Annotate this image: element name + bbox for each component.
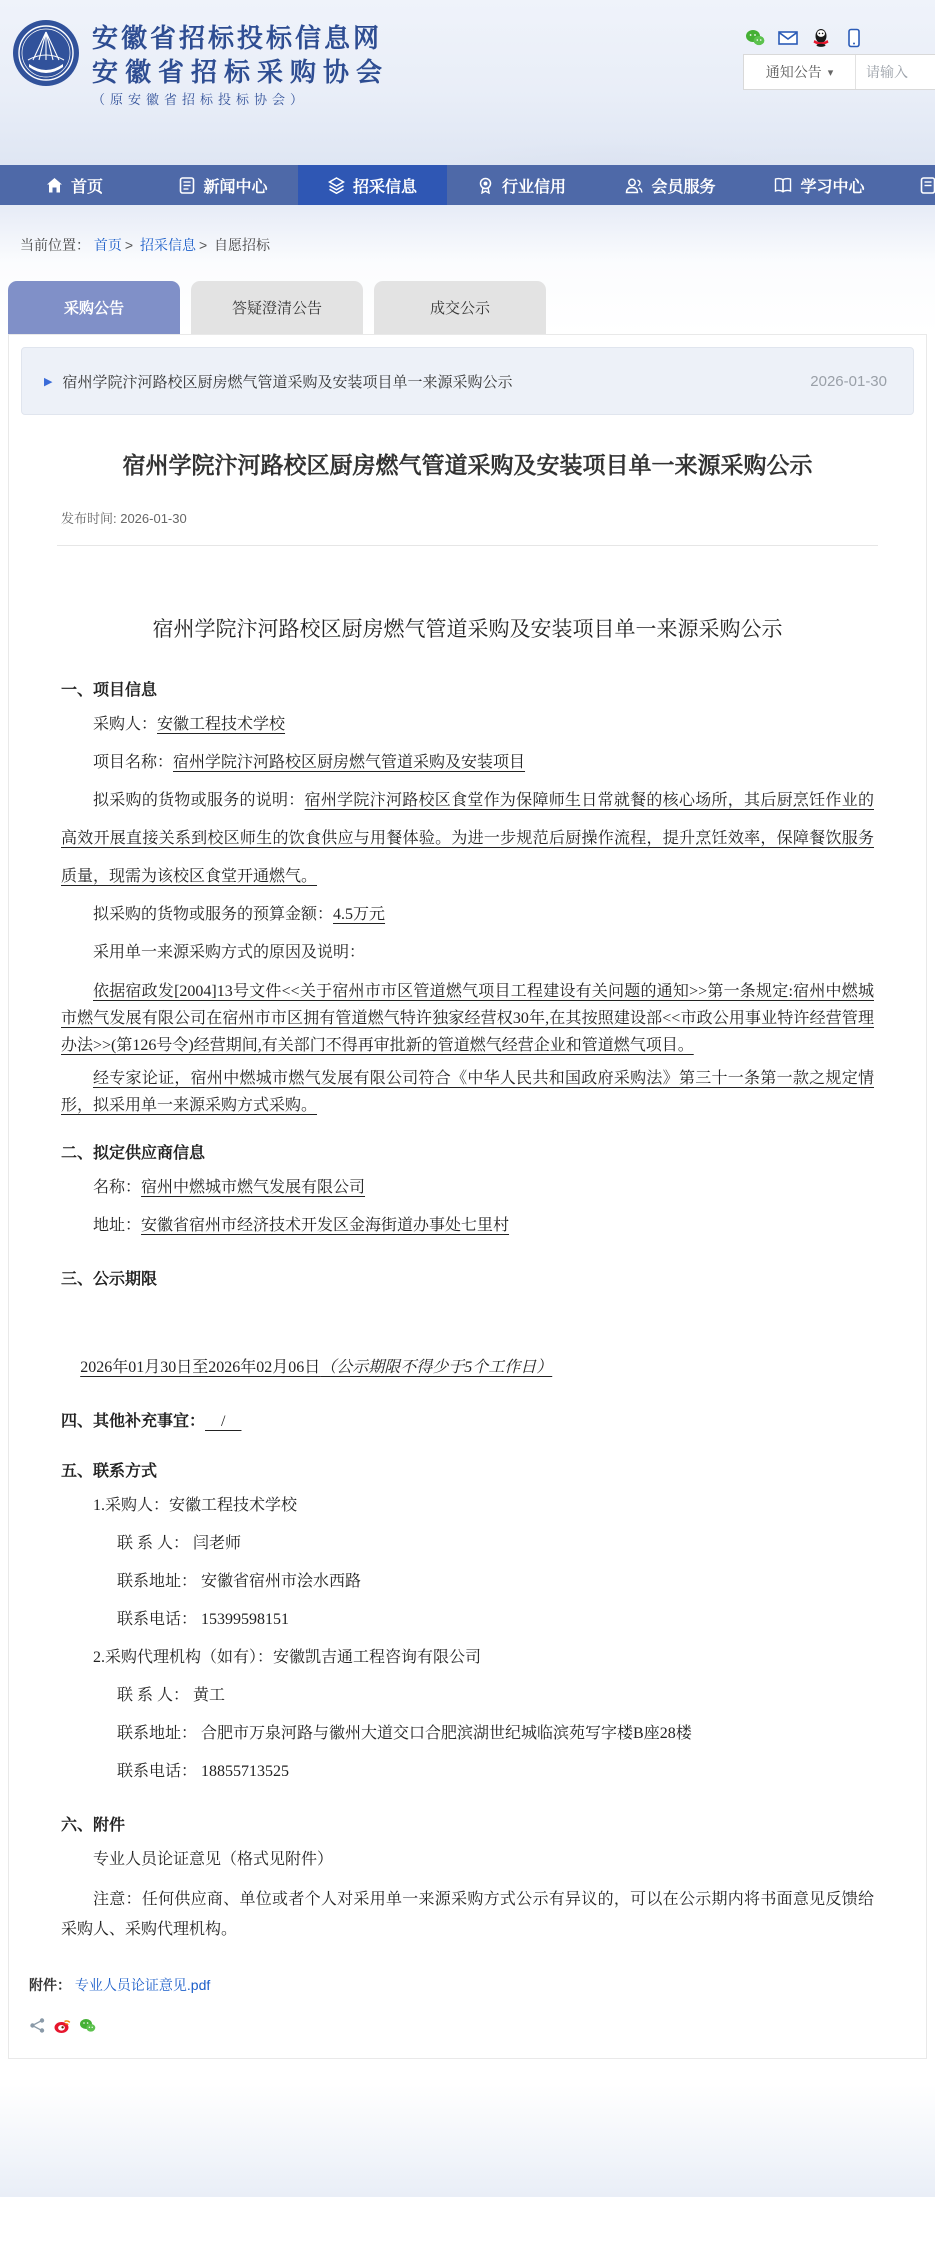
breadcrumb: 当前位置： 首页> 招采信息> 自愿招标 [0,235,935,255]
supplier-address-value: 安徽省宿州市经济技术开发区金海街道办事处七里村 [141,1217,509,1234]
main-nav: 首页 新闻中心 招采信息 行业信用 [0,165,935,205]
budget-label: 拟采购的货物或服务的预算金额： [93,906,333,923]
project-name-line: 项目名称：宿州学院汴河路校区厨房燃气管道采购及安装项目 [61,744,874,782]
purchaser-label: 采购人： [93,716,157,733]
budget-line: 拟采购的货物或服务的预算金额：4.5万元 [61,896,874,934]
nav-item-label: 行业信用 [502,174,566,197]
project-name-value: 宿州学院汴河路校区厨房燃气管道采购及安装项目 [173,754,525,771]
search-category-label: 通知公告 [766,62,822,82]
section4-heading: 四、其他补充事宜： / [61,1407,874,1437]
attachment-note-2: 注意：任何供应商、单位或者个人对采用单一来源采购方式公示有异议的，可以在公示期内… [61,1885,874,1945]
breadcrumb-prefix: 当前位置： [20,237,90,253]
notice-date: 2026-01-30 [810,373,887,390]
nav-item-label: 首页 [71,174,103,197]
qq-icon[interactable] [811,28,831,48]
search-bar: 通知公告 ▾ [743,54,935,90]
nav-item-label: 招采信息 [353,174,417,197]
doc-icon [920,177,935,194]
contact2-tel: 18855713525 [201,1763,289,1780]
breadcrumb-strip: 当前位置： 首页> 招采信息> 自愿招标 采购公告 答疑澄清公告 成交公示 [0,205,935,334]
nav-item-label: 会员服务 [651,174,715,197]
contact1-address-line: 联系地址： 安徽省宿州市浍水西路 [61,1563,874,1601]
purchaser-line: 采购人：安徽工程技术学校 [61,706,874,744]
site-title-line1: 安徽省招标投标信息网 [92,22,389,55]
tab-procurement-announcement[interactable]: 采购公告 [8,281,180,334]
layers-icon [328,177,345,194]
contact1-title: 1.采购人：安徽工程技术学校 [61,1487,874,1525]
site-titles: 安徽省招标投标信息网 安徽省招标采购协会 （原安徽省招标投标协会） [92,22,389,111]
members-icon [625,177,643,194]
home-icon [46,177,63,194]
article-title: 宿州学院汴河路校区厨房燃气管道采购及安装项目单一来源采购公示 [81,443,854,488]
notice-title: 宿州学院汴河路校区厨房燃气管道采购及安装项目单一来源采购公示 [62,371,810,392]
section6-heading: 六、附件 [61,1811,874,1841]
attachment-link[interactable]: 专业人员论证意见.pdf [75,1977,210,1993]
nav-item-learning-center[interactable]: 学习中心 [745,165,894,205]
mobile-icon[interactable] [844,28,864,48]
description-line: 拟采购的货物或服务的说明：宿州学院汴河路校区食堂作为保障师生日常就餐的核心场所，… [61,782,874,896]
attachment-note-1: 专业人员论证意见（格式见附件） [61,1841,874,1879]
description-label: 拟采购的货物或服务的说明： [93,792,305,809]
header-background-art [330,118,890,165]
publish-time: 发布时间: 2026-01-30 [61,508,914,527]
contact2-address-line: 联系地址： 合肥市万泉河路与徽州大道交口合肥滨湖世纪城临滨苑写字楼B座28楼 [61,1715,874,1753]
publicity-period: 2026年01月30日至2026年02月06日 [80,1359,320,1376]
tab-clarification-announcement[interactable]: 答疑澄清公告 [191,281,363,334]
attachment-label: 附件： [29,1977,71,1993]
reason-label-line: 采用单一来源采购方式的原因及说明： [61,934,874,972]
divider [57,545,878,546]
contact1-person: 闫老师 [193,1535,241,1552]
contact1-tel: 15399598151 [201,1611,289,1628]
nav-item-label: 新闻中心 [203,174,267,197]
project-name-label: 项目名称： [93,754,173,771]
contact1-person-line: 联 系 人： 闫老师 [61,1525,874,1563]
caret-right-icon: ▶ [44,375,52,388]
publicity-period-note: （公示期限不得少于5个工作日） [320,1359,552,1376]
section3-heading: 三、公示期限 [61,1265,874,1295]
contact2-title: 2.采购代理机构（如有）：安徽凯吉通工程咨询有限公司 [61,1639,874,1677]
breadcrumb-link-home[interactable]: 首页 [94,237,122,253]
quick-links [745,28,864,48]
tab-bar: 采购公告 答疑澄清公告 成交公示 [8,281,935,334]
breadcrumb-separator: > [199,237,207,253]
news-icon [179,177,195,194]
purchaser-value: 安徽工程技术学校 [157,716,285,733]
nav-item-industry-credit[interactable]: 行业信用 [447,165,596,205]
nav-item-home[interactable]: 首页 [0,165,149,205]
section4-blank-value: / [205,1413,241,1430]
nav-item-news[interactable]: 新闻中心 [149,165,298,205]
supplier-address-line: 地址：安徽省宿州市经济技术开发区金海街道办事处七里村 [61,1207,874,1245]
tab-deal-publicity[interactable]: 成交公示 [374,281,546,334]
contact2-person-line: 联 系 人： 黄工 [61,1677,874,1715]
supplier-name-line: 名称：宿州中燃城市燃气发展有限公司 [61,1169,874,1207]
page: 安徽省招标投标信息网 安徽省招标采购协会 （原安徽省招标投标协会） [0,0,935,2197]
contact2-address: 合肥市万泉河路与徽州大道交口合肥滨湖世纪城临滨苑写字楼B座28楼 [201,1725,692,1742]
medal-icon [477,177,494,194]
attachment-row: 附件： 专业人员论证意见.pdf [29,1975,914,1995]
breadcrumb-separator: > [125,237,133,253]
wechat-icon[interactable] [79,2017,96,2034]
nav-item-partial[interactable] [894,165,935,205]
document-title: 宿州学院汴河路校区厨房燃气管道采购及安装项目单一来源采购公示 [61,602,874,656]
site-subtitle: （原安徽省招标投标协会） [92,89,389,111]
site-title-line2: 安徽省招标采购协会 [92,55,389,89]
search-category-dropdown[interactable]: 通知公告 ▾ [744,55,856,89]
contact1-address: 安徽省宿州市浍水西路 [201,1573,361,1590]
reason-paragraph-2: 经专家论证，宿州中燃城市燃气发展有限公司符合《中华人民共和国政府采购法》第三十一… [61,1065,874,1119]
chevron-down-icon: ▾ [828,66,834,79]
section1-heading: 一、项目信息 [61,676,874,706]
nav-item-label: 学习中心 [800,174,864,197]
share-icon[interactable] [29,2017,46,2034]
publicity-period-line: 2026年01月30日至2026年02月06日（公示期限不得少于5个工作日） [61,1349,874,1387]
share-row [29,2017,914,2034]
breadcrumb-current: 自愿招标 [214,237,270,253]
supplier-name-label: 名称： [93,1179,141,1196]
contact1-tel-line: 联系电话： 15399598151 [61,1601,874,1639]
mail-icon[interactable] [778,28,798,48]
site-header: 安徽省招标投标信息网 安徽省招标采购协会 （原安徽省招标投标协会） [0,0,935,165]
nav-item-member-services[interactable]: 会员服务 [596,165,745,205]
budget-value: 4.5万元 [333,906,385,923]
content-panel: ▶ 宿州学院汴河路校区厨房燃气管道采购及安装项目单一来源采购公示 2026-01… [8,334,927,2059]
reason-label: 采用单一来源采购方式的原因及说明： [93,944,365,961]
section5-heading: 五、联系方式 [61,1457,874,1487]
site-logo [13,20,79,86]
logo-emblem-icon [13,20,79,86]
wechat-icon[interactable] [745,28,765,48]
weibo-icon[interactable] [54,2017,71,2034]
footer-band [0,2085,935,2197]
document-body: 宿州学院汴河路校区厨房燃气管道采购及安装项目单一来源采购公示 一、项目信息 采购… [61,602,874,1945]
supplier-address-label: 地址： [93,1217,141,1234]
breadcrumb-link-section[interactable]: 招采信息 [140,237,196,253]
notice-list-item[interactable]: ▶ 宿州学院汴河路校区厨房燃气管道采购及安装项目单一来源采购公示 2026-01… [21,347,914,415]
supplier-name-value: 宿州中燃城市燃气发展有限公司 [141,1179,365,1196]
contact2-person: 黄工 [193,1687,225,1704]
section2-heading: 二、拟定供应商信息 [61,1139,874,1169]
contact2-tel-line: 联系电话： 18855713525 [61,1753,874,1791]
nav-item-bidding-info[interactable]: 招采信息 [298,165,447,205]
book-icon [774,177,792,193]
reason-paragraph-1: 依据宿政发[2004]13号文件<<关于宿州市市区管道燃气项目工程建设有关问题的… [61,978,874,1059]
search-input[interactable] [856,55,935,89]
